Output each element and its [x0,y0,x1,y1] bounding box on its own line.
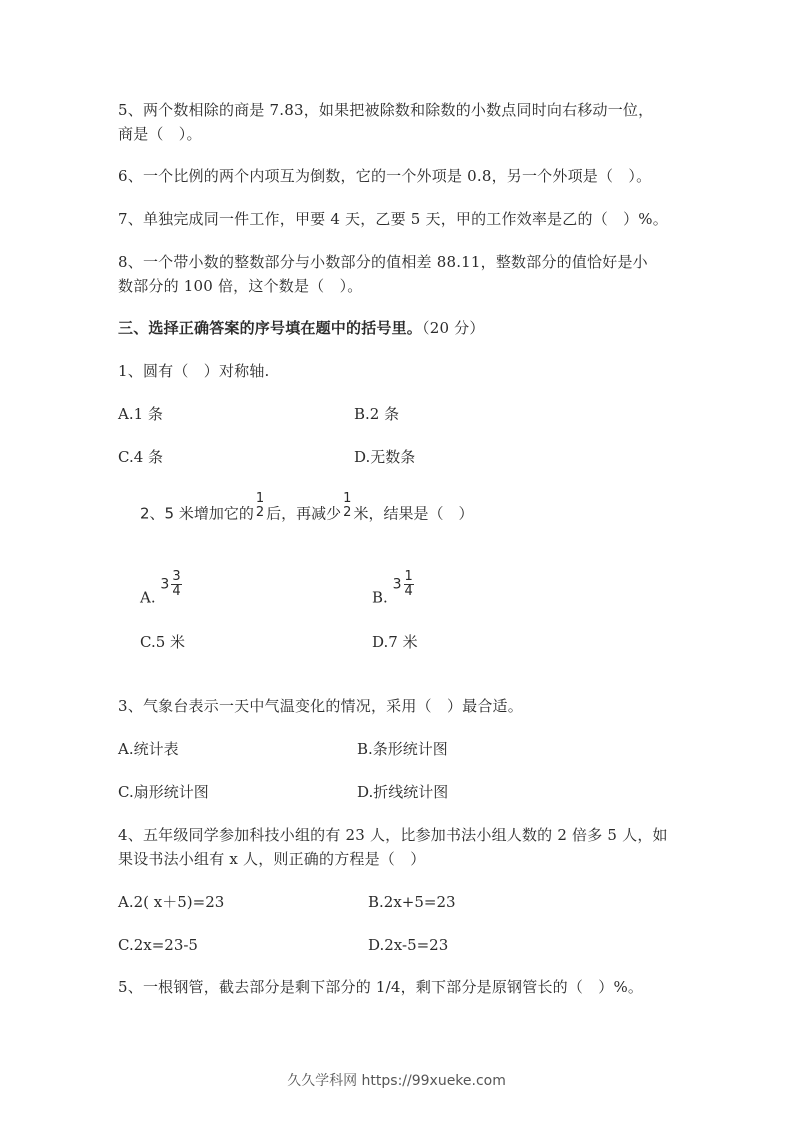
q1-option-a: A.1 条 [118,402,163,426]
choice-question-4-line-2: 果设书法小组有 x 人，则正确的方程是（ ） [118,847,425,871]
section-title: 三、选择正确答案的序号填在题中的括号里。 [118,319,422,337]
q2-prefix: 2、5 米增加它的 [140,505,254,523]
q3-option-b: B.条形统计图 [357,737,448,761]
choice-question-2: 2、5 米增加它的12后，再减少12米，结果是（ ） [140,500,473,528]
question-7: 7、单独完成同一件工作，甲要 4 天，乙要 5 天，甲的工作效率是乙的（ ）%。 [118,207,668,231]
q2-option-a-label: A. [140,589,156,607]
q2-option-d: D.7 米 [372,630,418,654]
q1-option-b: B.2 条 [354,402,399,426]
question-8-line-2: 数部分的 100 倍，这个数是（ ）。 [118,274,362,298]
q2-option-a-mixed-number: 334 [160,570,183,599]
q4-option-c: C.2x=23-5 [118,933,198,957]
q2-fraction-1: 12 [256,492,264,520]
q2-middle: 后，再减少 [266,505,341,523]
q2-option-b: B. 314 [372,584,416,613]
choice-question-4-line-1: 4、五年级同学参加科技小组的有 23 人，比参加书法小组人数的 2 倍多 5 人… [118,823,668,847]
q3-option-a: A.统计表 [118,737,179,761]
q2-fraction-2: 12 [343,492,351,520]
q4-option-b: B.2x+5=23 [368,890,456,914]
q2-option-c: C.5 米 [140,630,185,654]
q1-option-c: C.4 条 [118,445,163,469]
question-8-line-1: 8、一个带小数的整数部分与小数部分的值相差 88.11，整数部分的值恰好是小 [118,250,648,274]
q2-option-a: A. 334 [140,584,184,613]
q1-option-d: D.无数条 [354,445,415,469]
q2-option-b-label: B. [372,589,388,607]
question-5-line-1: 5、两个数相除的商是 7.83，如果把被除数和除数的小数点同时向右移动一位， [118,98,653,122]
choice-question-1: 1、圆有（ ）对称轴. [118,359,270,383]
footer-watermark: 久久学科网 https://99xueke.com [0,1070,793,1090]
q3-option-d: D.折线统计图 [357,780,448,804]
question-6: 6、一个比例的两个内项互为倒数，它的一个外项是 0.8，另一个外项是（ ）。 [118,164,651,188]
question-5-line-2: 商是（ ）。 [118,122,202,146]
q2-suffix: 米，结果是（ ） [353,505,473,523]
section-heading: 三、选择正确答案的序号填在题中的括号里。（20 分） [118,316,485,340]
q4-option-a: A.2( x＋5)=23 [118,890,224,914]
choice-question-5: 5、一根钢管，截去部分是剩下部分的 1/4，剩下部分是原钢管长的（ ）%。 [118,975,643,999]
q3-option-c: C.扇形统计图 [118,780,209,804]
q4-option-d: D.2x-5=23 [368,933,448,957]
q2-option-b-mixed-number: 314 [393,570,416,599]
choice-question-3: 3、气象台表示一天中气温变化的情况，采用（ ）最合适。 [118,694,523,718]
q2-option-b-fraction: 14 [404,570,414,599]
section-points: （20 分） [422,319,485,337]
q2-option-a-fraction: 34 [171,570,181,599]
